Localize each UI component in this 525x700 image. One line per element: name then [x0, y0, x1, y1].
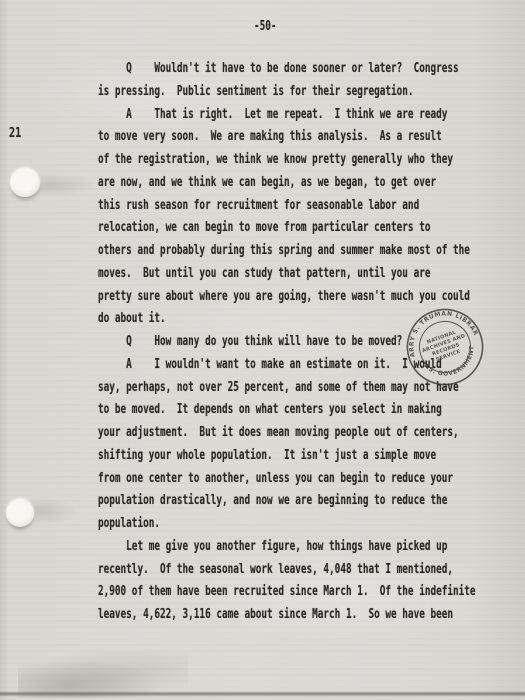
paper-bottom-edge [0, 691, 525, 697]
typescript-line: shifting your whole population. It isn't… [98, 445, 525, 468]
typescript-line: this rush season for recruitment for sea… [98, 195, 525, 218]
typescript-line: Q Wouldn't it have to be done sooner or … [98, 58, 525, 81]
typescript-line: 2,900 of them have been recruited since … [98, 581, 525, 604]
typescript-line: your adjustment. But it does mean moving… [98, 422, 525, 445]
typescript-line: recently. Of the seasonal work leaves, 4… [98, 559, 525, 582]
typescript-line: A That is right. Let me repeat. I think … [98, 104, 525, 127]
typescript-line: population drastically, and now we are b… [98, 490, 525, 513]
typescript-line: relocation, we can begin to move from pa… [98, 217, 525, 240]
typescript-line: moves. But until you can study that patt… [98, 263, 525, 286]
typescript-line: of the registration, we think we know pr… [98, 149, 525, 172]
typescript-line: population. [98, 513, 525, 536]
page-number-header: -50- [254, 19, 277, 34]
scanned-document-page: -50- 21 Q Wouldn't it have to be done so… [0, 0, 525, 700]
typescript-line: leaves, 4,622, 3,116 came about since Ma… [98, 604, 525, 627]
typescript-line: Let me give you another figure, how thin… [98, 536, 525, 559]
typescript-line: others and probably during this spring a… [98, 240, 525, 263]
typescript-line: from one center to another, unless you c… [98, 468, 525, 491]
typescript-line: to move very soon. We are making this an… [98, 126, 525, 149]
typescript-line: is pressing. Public sentiment is for the… [98, 81, 525, 104]
hole-punch [6, 499, 34, 527]
hole-punch [10, 168, 40, 197]
margin-exhibit-number: 21 [9, 126, 21, 141]
typescript-line: to be moved. It depends on what centers … [98, 399, 525, 422]
typescript-line: are now, and we think we can begin, as w… [98, 172, 525, 195]
